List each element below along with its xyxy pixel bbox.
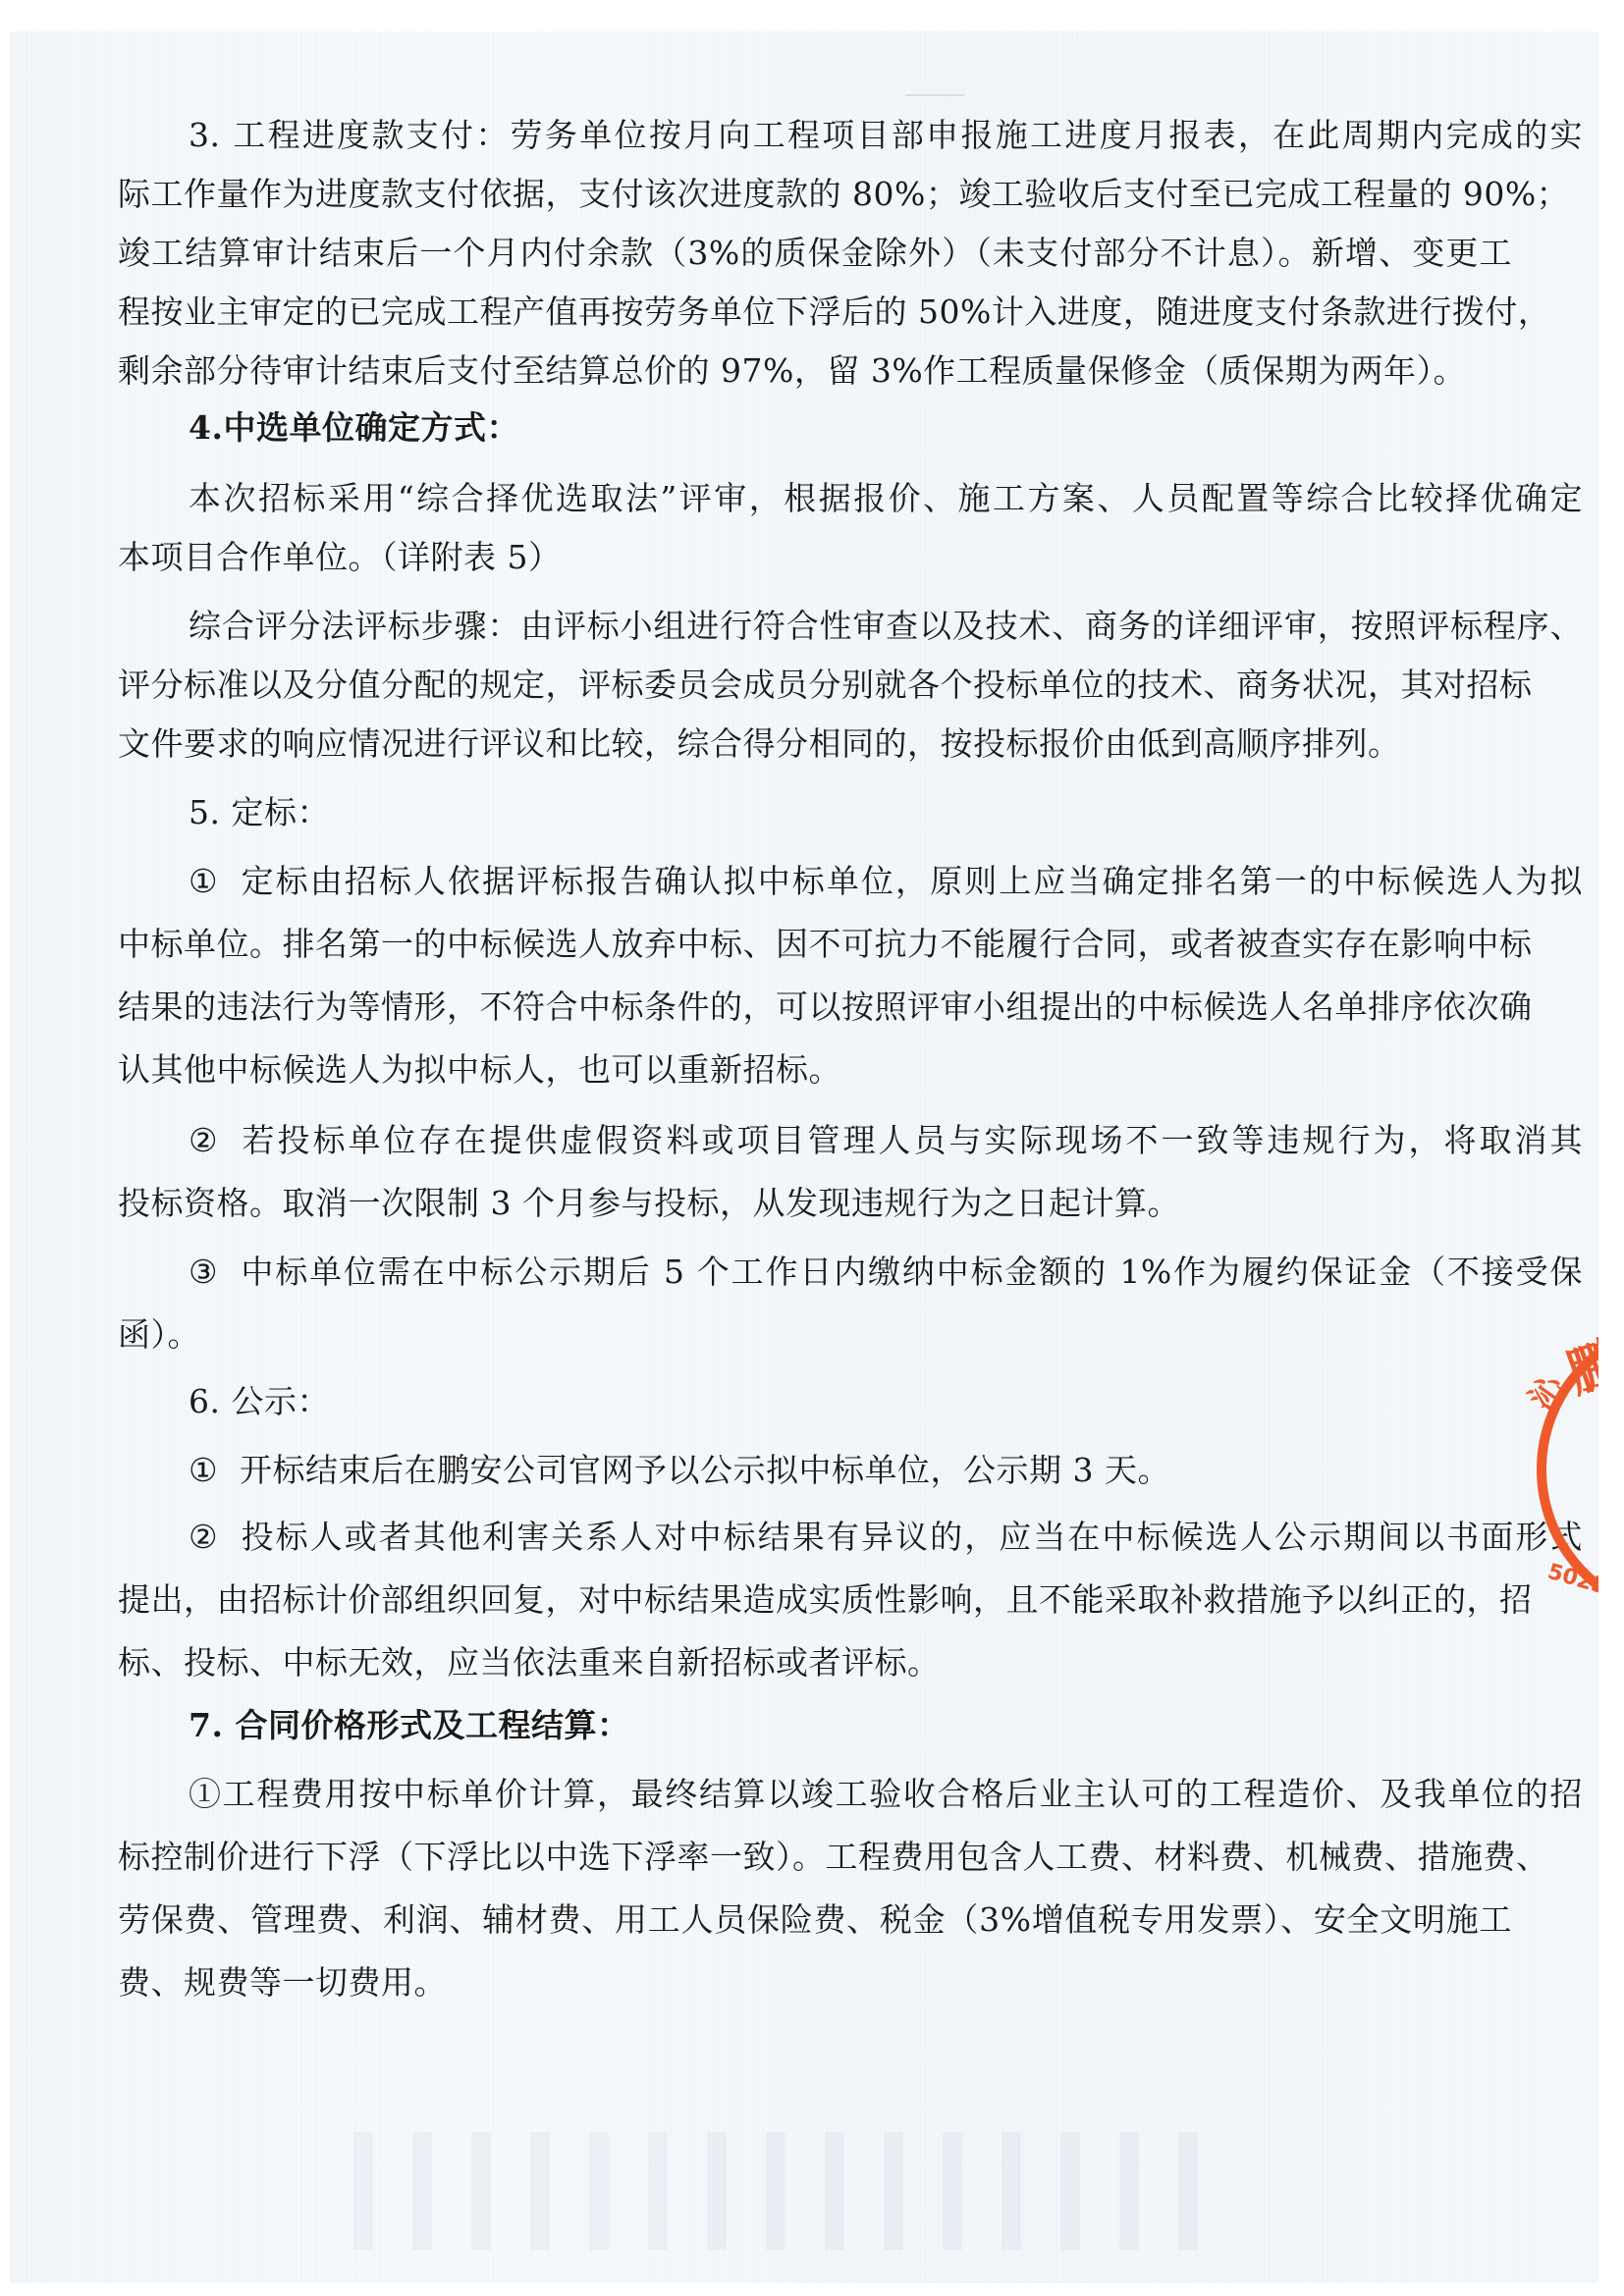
circled-1-marker: ① <box>189 1775 223 1813</box>
s3-line-3: 竣工结算审计结束后一个月内付余款（3%的质保金除外）（未支付部分不计息）。新增、… <box>118 234 1512 273</box>
s3-line-5: 剩余部分待审计结束后支付至结算总价的 97%，留 3%作工程质量保修金（质保期为… <box>118 351 1512 391</box>
s5-item2-text: 若投标单位存在提供虚假资料或项目管理人员与实际现场不一致等违规行为，将取消其 <box>240 1121 1583 1159</box>
s3-line-1: 3. 工程进度款支付：劳务单位按月向工程项目部申报施工进度月报表，在此周期内完成… <box>189 116 1583 155</box>
header-mark <box>905 94 964 96</box>
s5-item1-line-4: 认其他中标候选人为拟中标人，也可以重新招标。 <box>118 1050 1512 1090</box>
s5-item1-text: 定标由招标人依据评标报告确认拟中标单位，原则上应当确定排名第一的中标候选人为拟 <box>240 862 1583 900</box>
seal-code: 5025497 <box>1544 1560 1598 1613</box>
scanned-page: 3. 工程进度款支付：劳务单位按月向工程项目部申报施工进度月报表，在此周期内完成… <box>10 31 1598 2283</box>
s6-item2-line-2: 提出，由招标计价部组织回复，对中标结果造成实质性影响，且不能采取补救措施予以纠正… <box>118 1580 1512 1620</box>
s3-line-2: 际工作量作为进度款支付依据，支付该次进度款的 80%；竣工验收后支付至已完成工程… <box>118 175 1512 214</box>
s7-item1-text: 工程费用按中标单价计算，最终结算以竣工验收合格后业主认可的工程造价、及我单位的招 <box>223 1775 1583 1813</box>
s6-item1-text: 开标结束后在鹏安公司官网予以公示拟中标单位，公示期 3 天。 <box>240 1451 1170 1489</box>
faded-bleed-through <box>353 2132 1237 2250</box>
s5-heading: 5. 定标： <box>189 793 1583 832</box>
s5-item2-line-2: 投标资格。取消一次限制 3 个月参与投标，从发现违规行为之日起计算。 <box>118 1184 1512 1223</box>
s5-item1-line-1: ①定标由招标人依据评标报告确认拟中标单位，原则上应当确定排名第一的中标候选人为拟 <box>189 862 1583 901</box>
s4-p2-line-3: 文件要求的响应情况进行评议和比较，综合得分相同的，按投标报价由低到高顺序排列。 <box>118 724 1512 764</box>
s6-heading: 6. 公示： <box>189 1382 1583 1421</box>
s7-heading: 7. 合同价格形式及工程结算： <box>189 1706 1583 1745</box>
s7-item1-line-3: 劳保费、管理费、利润、辅材费、用工人员保险费、税金（3%增值税专用发票）、安全文… <box>118 1900 1512 1940</box>
s6-item2-line-3: 标、投标、中标无效，应当依法重来自新招标或者评标。 <box>118 1643 1512 1682</box>
s7-item1-line-2: 标控制价进行下浮（下浮比以中选下浮率一致）。工程费用包含人工费、材料费、机械费、… <box>118 1838 1512 1877</box>
s6-item1-line-1: ①开标结束后在鹏安公司官网予以公示拟中标单位，公示期 3 天。 <box>189 1451 1583 1490</box>
s7-item1-line-4: 费、规费等一切费用。 <box>118 1963 1512 2002</box>
s4-p1-line-1: 本次招标采用“综合择优选取法”评审，根据报价、施工方案、人员配置等综合比较择优确… <box>189 479 1583 518</box>
s5-item3-text: 中标单位需在中标公示期后 5 个工作日内缴纳中标金额的 1%作为履约保证金（不接… <box>240 1253 1583 1291</box>
s7-item1-line-1: ①工程费用按中标单价计算，最终结算以竣工验收合格后业主认可的工程造价、及我单位的… <box>189 1775 1583 1814</box>
s6-item2-text: 投标人或者其他利害关系人对中标结果有异议的，应当在中标候选人公示期间以书面形式 <box>240 1518 1583 1556</box>
s4-p2-line-1: 综合评分法评标步骤：由评标小组进行符合性审查以及技术、商务的详细评审，按照评标程… <box>189 607 1583 646</box>
s5-item1-line-3: 结果的违法行为等情形，不符合中标条件的，可以按照评审小组提出的中标候选人名单排序… <box>118 988 1512 1027</box>
s5-item2-line-1: ②若投标单位存在提供虚假资料或项目管理人员与实际现场不一致等违规行为，将取消其 <box>189 1121 1583 1160</box>
circled-2-marker: ② <box>189 1518 240 1557</box>
s5-item3-line-1: ③中标单位需在中标公示期后 5 个工作日内缴纳中标金额的 1%作为履约保证金（不… <box>189 1253 1583 1292</box>
s5-item1-line-2: 中标单位。排名第一的中标候选人放弃中标、因不可抗力不能履行合同，或者被查实存在影… <box>118 925 1512 964</box>
circled-1-marker: ① <box>189 1451 240 1490</box>
s4-p2-line-2: 评分标准以及分值分配的规定，评标委员会成员分别就各个投标单位的技术、商务状况，其… <box>118 666 1512 705</box>
s6-item2-line-1: ②投标人或者其他利害关系人对中标结果有异议的，应当在中标候选人公示期间以书面形式 <box>189 1518 1583 1557</box>
circled-3-marker: ③ <box>189 1253 240 1292</box>
s4-heading: 4.中选单位确定方式： <box>189 408 1583 448</box>
s3-line-4: 程按业主审定的已完成工程产值再按劳务单位下浮后的 50%计入进度，随进度支付条款… <box>118 293 1512 332</box>
circled-2-marker: ② <box>189 1121 240 1160</box>
s4-p1-line-2: 本项目合作单位。（详附表 5） <box>118 538 1512 577</box>
circled-1-marker: ① <box>189 862 240 901</box>
s5-item3-line-2: 函）。 <box>118 1315 1512 1355</box>
